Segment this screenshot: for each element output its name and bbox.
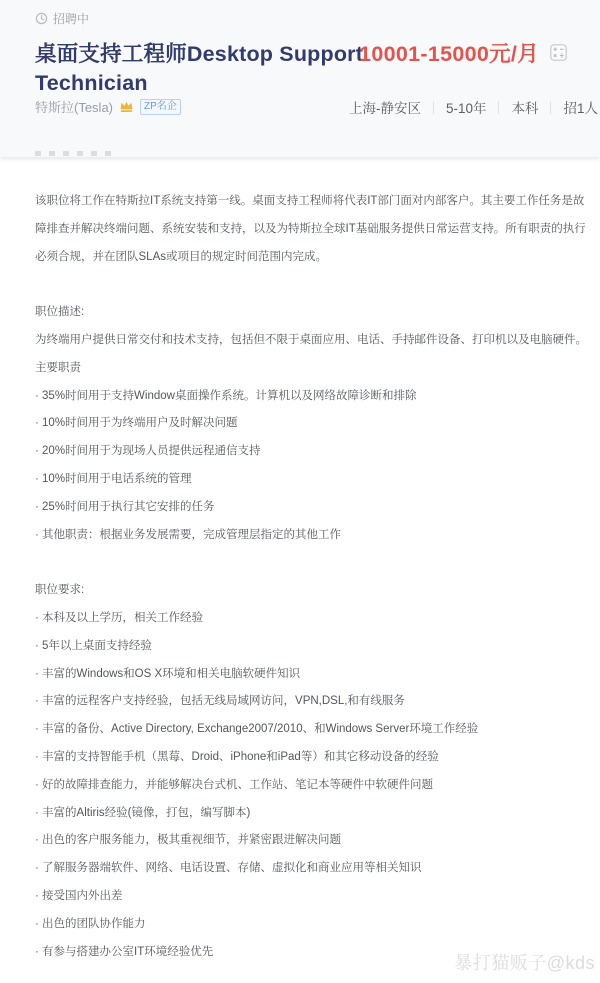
description-line: · 丰富的远程客户支持经验，包括无线局域网访问，VPN,DSL,和有线服务	[35, 688, 588, 716]
description-line: · 丰富的Windows和OS X环境和相关电脑软硬件知识	[35, 661, 588, 689]
status-label: 招聘中	[53, 10, 89, 27]
meta-location: 上海-静安区	[349, 97, 421, 117]
job-header: 招聘中 桌面支持工程师Desktop Support Technician 10…	[0, 0, 600, 157]
calculator-icon[interactable]	[550, 44, 567, 61]
description-line: · 了解服务器端软件、网络、电话设置、存储、虚拟化和商业应用等相关知识	[35, 855, 588, 883]
description-line: · 丰富的备份、Active Directory, Exchange2007/2…	[35, 716, 588, 744]
description-line: · 出色的客户服务能力，极其重视细节，并紧密跟进解决问题	[35, 827, 588, 855]
description-line: · 10%时间用于为终端用户及时解决问题	[35, 410, 588, 438]
company-badge[interactable]: ZP名企	[140, 99, 181, 115]
meta-divider	[550, 101, 551, 114]
meta-experience: 5-10年	[446, 97, 487, 117]
description-line: 主要职责	[35, 355, 588, 383]
description-line: · 本科及以上学历，相关工作经验	[35, 605, 588, 633]
description-line: · 其他职责：根据业务发展需要，完成管理层指定的其他工作	[35, 522, 588, 550]
description-line: 该职位将工作在特斯拉IT系统支持第一线。桌面支持工程师将代表IT部门面对内部客户…	[35, 188, 588, 271]
clock-icon	[35, 12, 48, 25]
description-line: · 25%时间用于执行其它安排的任务	[35, 494, 588, 522]
clipped-text-fragment	[35, 151, 119, 156]
job-meta-row: 上海-静安区 5-10年 本科 招1人	[349, 97, 598, 117]
watermark: 暴打猫贩子@kds	[454, 949, 595, 975]
description-line: · 丰富的Altiris经验(镜像，打包，编写脚本)	[35, 800, 588, 828]
meta-headcount: 招1人	[563, 97, 598, 117]
description-line: 职位描述:	[35, 299, 588, 327]
salary-block: 10001-15000元/月	[359, 37, 567, 68]
meta-divider	[433, 101, 434, 114]
job-description: 该职位将工作在特斯拉IT系统支持第一线。桌面支持工程师将代表IT部门面对内部客户…	[0, 157, 600, 966]
recruiting-status: 招聘中	[0, 0, 600, 27]
job-posting-page: 招聘中 桌面支持工程师Desktop Support Technician 10…	[0, 0, 600, 983]
description-line: · 5年以上桌面支持经验	[35, 633, 588, 661]
job-title: 桌面支持工程师Desktop Support Technician	[35, 40, 373, 98]
meta-education: 本科	[511, 97, 538, 117]
meta-divider	[498, 101, 499, 114]
salary-text: 10001-15000元/月	[359, 37, 539, 68]
description-line: · 出色的团队协作能力	[35, 911, 588, 939]
company-name[interactable]: 特斯拉(Tesla)	[35, 97, 113, 116]
blank-line	[35, 271, 588, 299]
description-line: · 丰富的支持智能手机（黑莓、Droid、iPhone和iPad等）和其它移动设…	[35, 744, 588, 772]
description-line: · 好的故障排查能力，并能够解决台式机、工作站、笔记本等硬件中软硬件问题	[35, 772, 588, 800]
company-row: 特斯拉(Tesla) ZP名企	[35, 97, 181, 116]
description-line: · 35%时间用于支持Window桌面操作系统。计算机以及网络故障诊断和排除	[35, 383, 588, 411]
description-line: · 10%时间用于电话系统的管理	[35, 466, 588, 494]
description-line: · 20%时间用于为现场人员提供远程通信支持	[35, 438, 588, 466]
description-line: 为终端用户提供日常交付和技术支持，包括但不限于桌面应用、电话、手持邮件设备、打印…	[35, 327, 588, 355]
description-line: 职位要求:	[35, 577, 588, 605]
description-line: · 接受国内外出差	[35, 883, 588, 911]
blank-line	[35, 549, 588, 577]
crown-icon	[119, 100, 134, 113]
